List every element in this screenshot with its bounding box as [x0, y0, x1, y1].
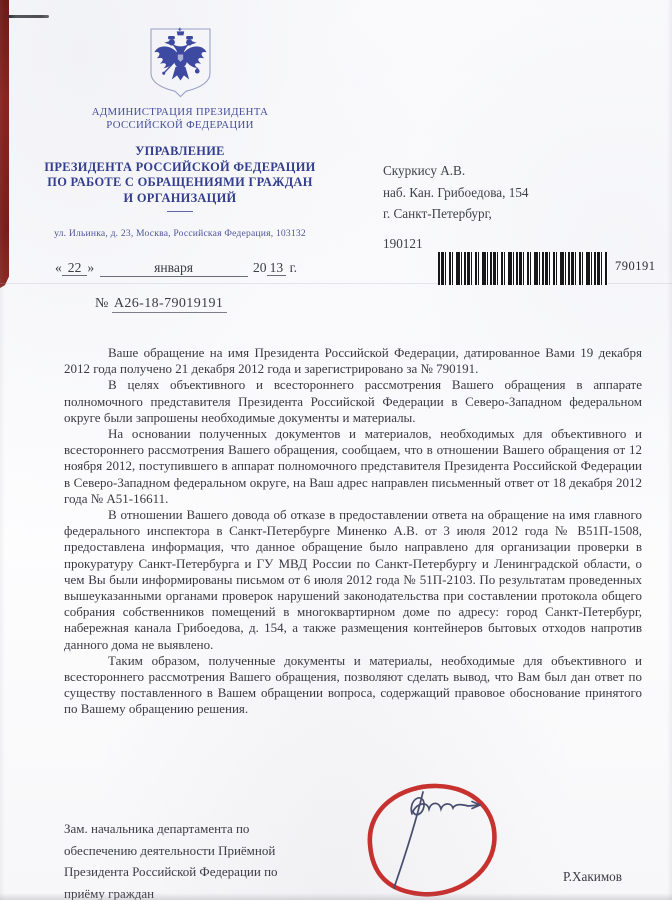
- body-paragraph: В отношении Вашего довода об отказе в пр…: [64, 507, 642, 653]
- department-line-4: И ОРГАНИЗАЦИЙ: [36, 191, 324, 207]
- red-circle-annotation: [370, 786, 495, 894]
- barcode-number: 790191: [615, 259, 656, 274]
- body-paragraph: В целях объективного и всестороннего рас…: [64, 377, 642, 426]
- date-suffix: г.: [290, 260, 297, 275]
- reference-prefix: №: [95, 296, 108, 311]
- recipient-street: наб. Кан. Грибоедова, 154: [383, 182, 603, 204]
- date-day: 22: [62, 260, 88, 276]
- recipient-name: Скуркису А.В.: [383, 160, 603, 182]
- body-paragraph: Таким образом, полученные документы и ма…: [64, 653, 642, 718]
- registration-barcode: [438, 252, 608, 285]
- scanned-letter-page: АДМИНИСТРАЦИЯ ПРЕЗИДЕНТА РОССИЙСКОЙ ФЕДЕ…: [0, 0, 672, 900]
- authority-line-1: АДМИНИСТРАЦИЯ ПРЕЗИДЕНТА: [36, 106, 324, 119]
- reference-line: № А26-18-79019191: [95, 296, 227, 312]
- body-paragraph: На основании полученных документов и мат…: [64, 426, 642, 507]
- date-month: января: [100, 260, 248, 277]
- body-paragraph: Ваше обращение на имя Президента Российс…: [64, 345, 642, 377]
- date-year: 13: [267, 260, 287, 276]
- organization-address: ул. Ильинка, д. 23, Москва, Российская Ф…: [36, 228, 324, 239]
- letterhead-separator-rule: [167, 211, 193, 212]
- signatory-title-line: Зам. начальника департамента по: [64, 818, 374, 840]
- date-line: «22» января 2013 г.: [55, 260, 297, 277]
- department-line-1: УПРАВЛЕНИЕ: [36, 144, 324, 160]
- signatory-name: Р.Хакимов: [563, 869, 622, 885]
- authority-line-2: РОССИЙСКОЙ ФЕДЕРАЦИИ: [36, 119, 324, 132]
- date-century: 20: [253, 260, 267, 275]
- date-open-quote: «: [55, 260, 62, 275]
- russian-coat-of-arms-icon: [147, 26, 214, 99]
- signatory-title-line: Президента Российской Федерации по: [64, 861, 374, 883]
- scan-edge-artifact: [0, 0, 9, 288]
- letter-body: Ваше обращение на имя Президента Российс…: [64, 345, 642, 718]
- recipient-block: Скуркису А.В. наб. Кан. Грибоедова, 154 …: [383, 160, 603, 254]
- scan-pen-mark: [8, 15, 49, 18]
- signatory-title: Зам. начальника департамента по обеспече…: [64, 818, 374, 900]
- date-close-quote: »: [87, 260, 94, 275]
- department-line-2: ПРЕЗИДЕНТА РОССИЙСКОЙ ФЕДЕРАЦИИ: [36, 160, 324, 176]
- department-name: УПРАВЛЕНИЕ ПРЕЗИДЕНТА РОССИЙСКОЙ ФЕДЕРАЦ…: [36, 144, 324, 206]
- recipient-city: г. Санкт-Петербург,: [383, 203, 603, 225]
- signatory-title-line: обеспечению деятельности Приёмной: [64, 840, 374, 862]
- reference-number: А26-18-79019191: [112, 296, 227, 313]
- letterhead: АДМИНИСТРАЦИЯ ПРЕЗИДЕНТА РОССИЙСКОЙ ФЕДЕ…: [36, 26, 324, 239]
- recipient-postal-code: 190121: [383, 233, 603, 255]
- signatory-title-line: приёму граждан: [64, 883, 374, 900]
- authority-name: АДМИНИСТРАЦИЯ ПРЕЗИДЕНТА РОССИЙСКОЙ ФЕДЕ…: [36, 106, 324, 132]
- handwritten-signature: [394, 792, 480, 888]
- signature-area: [348, 776, 522, 900]
- department-line-3: ПО РАБОТЕ С ОБРАЩЕНИЯМИ ГРАЖДАН: [36, 175, 324, 191]
